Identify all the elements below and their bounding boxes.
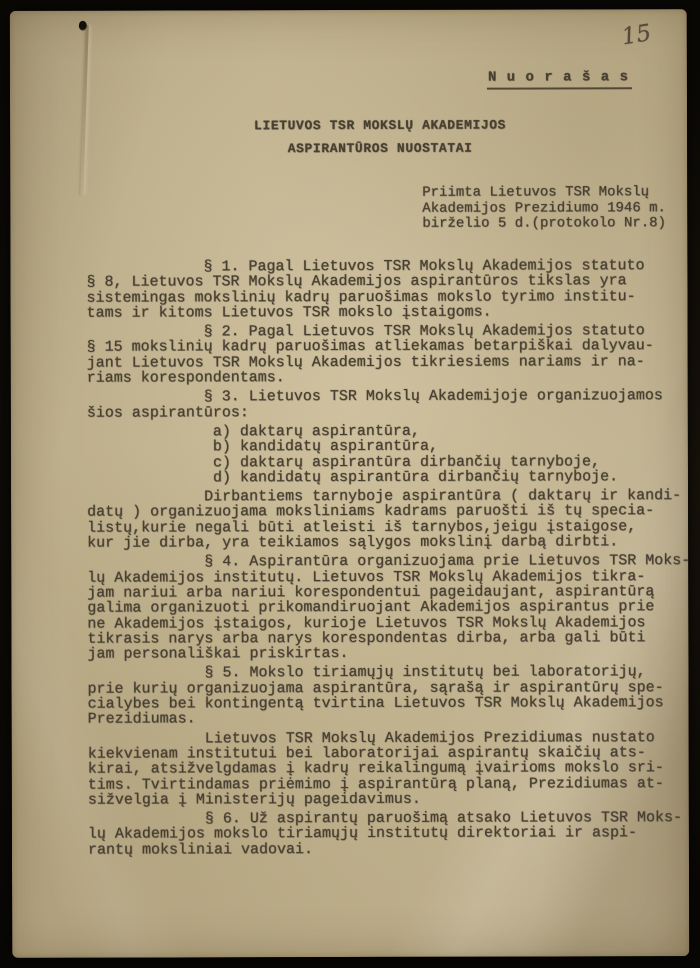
document-title: LIETUVOS TSR MOKSLŲ AKADEMIJOS ASPIRANTŪ… [42,117,700,165]
title-line-2: ASPIRANTŪROS NUOSTATAI [42,140,700,157]
paragraph: § 2. Pagal Lietuvos TSR Mokslų Akademijo… [87,323,672,386]
paragraph: Dirbantiems tarnyboje aspirantūra ( dakt… [87,488,672,551]
paragraph: Lietuvos TSR Mokslų Akademijos Prezidium… [88,730,673,808]
document-body: § 1. Pagal Lietuvos TSR Mokslų Akademijo… [86,258,673,862]
paragraph: § 1. Pagal Lietuvos TSR Mokslų Akademijo… [86,258,671,321]
adoption-note: Priimta Lietuvos TSR Mokslų Akademijos P… [422,185,666,232]
title-line-1: LIETUVOS TSR MOKSLŲ AKADEMIJOS [42,117,700,134]
pin-hole [79,21,87,31]
paper-crease [80,25,88,195]
paragraph: § 6. Už aspirantų paruošimą atsako Lietu… [88,810,673,857]
paragraph: § 4. Aspirantūra organizuojama prie Liet… [87,553,672,662]
document-page: 15 N u o r a š a s LIETUVOS TSR MOKSLŲ A… [10,9,689,958]
copy-label: N u o r a š a s [487,69,632,89]
paragraph: a) daktarų aspirantūra, b) kandidatų asp… [87,423,672,486]
handwritten-page-number: 15 [620,20,653,50]
paragraph: § 3. Lietuvos TSR Mokslų Akademijoje org… [87,389,672,421]
paragraph: § 5. Mokslo tiriamųjų institutų bei labo… [87,665,672,728]
photo-backdrop: 15 N u o r a š a s LIETUVOS TSR MOKSLŲ A… [0,0,700,968]
